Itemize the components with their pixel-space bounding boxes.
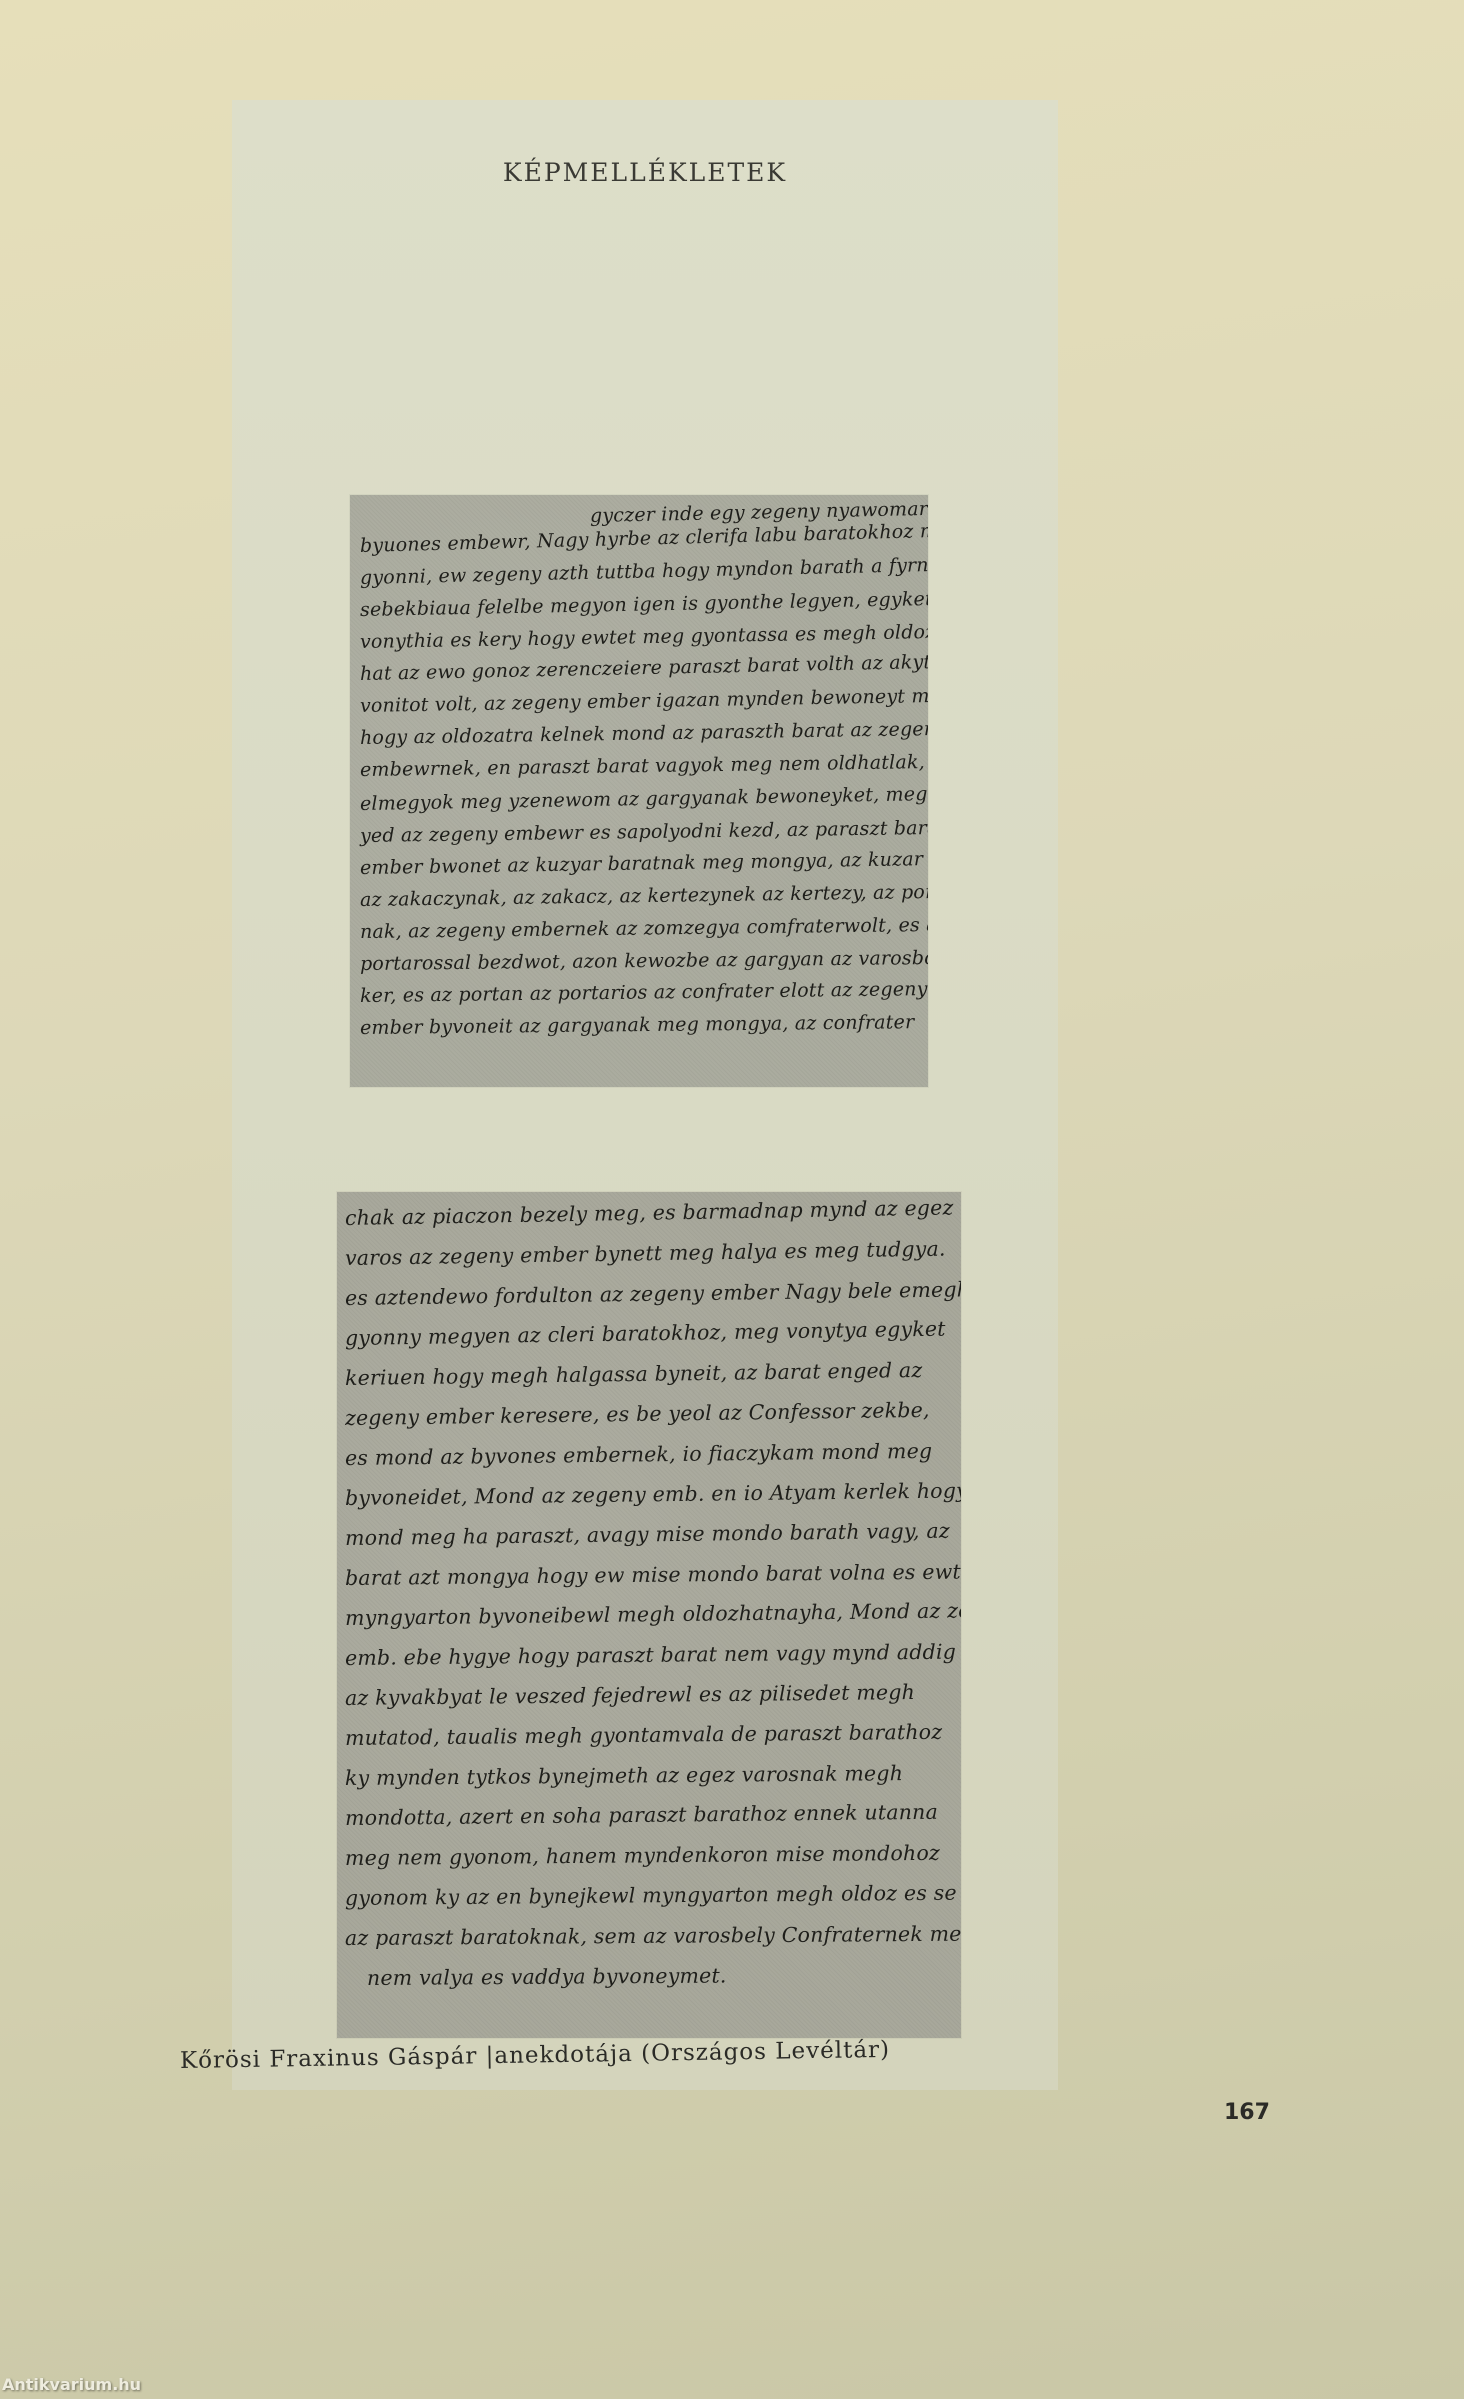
handwritten-line: az kyvakbyat le veszed fejedrewl es az p…	[345, 1680, 915, 1710]
handwritten-line: byvoneidet, Mond az zegeny emb. en io At…	[345, 1478, 961, 1510]
handwritten-line: emb. ebe hygye hogy paraszt barat nem va…	[345, 1639, 961, 1670]
page-number: 167	[1224, 2100, 1270, 2125]
handwritten-text-block-2: chak az piaczon bezely meg, es barmadnap…	[337, 1192, 961, 2038]
handwritten-line: yed az zegeny embewr es sapolyodni kezd,…	[360, 816, 928, 847]
handwritten-line: es aztendewo fordulton az zegeny ember N…	[345, 1277, 961, 1310]
handwritten-line: varos az zegeny ember bynett meg halya e…	[345, 1237, 946, 1270]
handwritten-line: mond meg ha paraszt, avagy mise mondo ba…	[345, 1519, 950, 1550]
handwritten-line: nak, az zegeny embernek az zomzegya comf…	[360, 914, 928, 943]
handwritten-line: vonitot volt, az zegeny ember igazan myn…	[360, 684, 928, 717]
handwritten-line: az zakaczynak, az zakacz, az kertezynek …	[360, 880, 928, 911]
handwritten-line: hogy az oldozatra kelnek mond az paraszt…	[360, 718, 928, 749]
handwritten-line: embewrnek, en paraszt barat vagyok meg n…	[360, 750, 928, 781]
handwritten-text-block-1: gyczer inde egy zegeny nyawomarule byuon…	[350, 495, 928, 1087]
handwritten-line: myngyarton byvoneibewl megh oldozhatnayh…	[345, 1598, 961, 1630]
handwritten-line: vonythia es kery hogy ewtet meg gyontass…	[360, 621, 928, 653]
handwritten-line: nem valya es vaddya byvoneymet.	[367, 1963, 727, 1990]
handwritten-line: ember byvoneit az gargyanak meg mongya, …	[360, 1011, 915, 1039]
handwritten-line: az paraszt baratoknak, sem az varosbely …	[345, 1922, 961, 1950]
manuscript-facsimile-2: chak az piaczon bezely meg, es barmadnap…	[337, 1192, 961, 2038]
handwritten-line: keriuen hogy megh halgassa byneit, az ba…	[345, 1358, 923, 1390]
handwritten-line: ky mynden tytkos bynejmeth az egez varos…	[345, 1761, 903, 1790]
handwritten-line: sebekbiaua felelbe megyon igen is gyonth…	[360, 587, 928, 621]
handwritten-line: hat az ewo gonoz zerenczeiere paraszt ba…	[360, 650, 928, 685]
handwritten-line: ker, es az portan az portarios az confra…	[360, 978, 928, 1007]
handwritten-line: elmegyok meg yzenewom az gargyanak bewon…	[360, 783, 928, 815]
handwritten-line: ember bwonet az kuzyar baratnak meg mong…	[360, 848, 923, 879]
handwritten-line: gyonom ky az en bynejkewl myngyarton meg…	[345, 1881, 957, 1910]
handwritten-line: gyonni, ew zegeny azth tuttba hogy myndo…	[360, 554, 928, 589]
handwritten-line: gyonny megyen az cleri baratokhoz, meg v…	[345, 1317, 946, 1350]
handwritten-line: barat azt mongya hogy ew mise mondo bara…	[345, 1559, 961, 1590]
handwritten-line: mondotta, azert en soha paraszt barathoz…	[345, 1800, 938, 1830]
handwritten-line: chak az piaczon bezely meg, es barmadnap…	[345, 1195, 954, 1230]
handwritten-line: es mond az byvones embernek, io fiaczyka…	[345, 1439, 933, 1470]
running-header: KÉPMELLÉKLETEK	[0, 158, 1290, 187]
handwritten-line: meg nem gyonom, hanem myndenkoron mise m…	[345, 1841, 940, 1870]
handwritten-line: zegeny ember keresere, es be yeol az Con…	[345, 1398, 930, 1430]
handwritten-line: mutatod, taualis megh gyontamvala de par…	[345, 1720, 943, 1750]
watermark: Antikvarium.hu	[2, 2375, 141, 2394]
manuscript-facsimile-1: gyczer inde egy zegeny nyawomarule byuon…	[350, 495, 928, 1087]
handwritten-line: portarossal bezdwot, azon kewozbe az gar…	[360, 946, 928, 975]
